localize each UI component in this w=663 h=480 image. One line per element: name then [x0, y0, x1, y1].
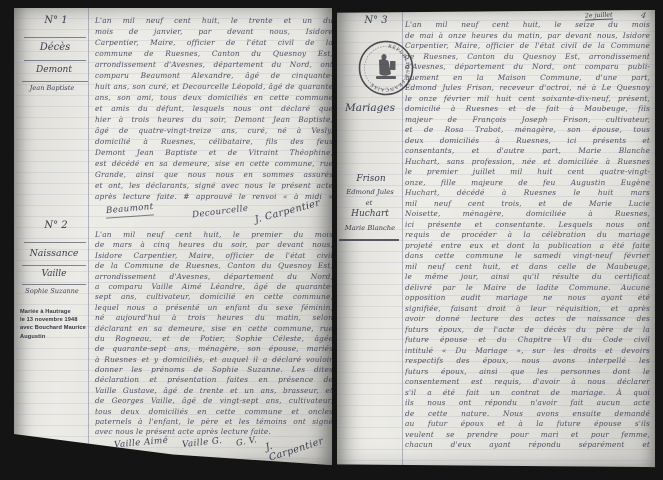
- manuscript-line: arrondissement d'Avesnes, département du…: [95, 272, 333, 282]
- manuscript-line: ans, son ami, tous deux domiciliés en ce…: [95, 92, 333, 103]
- manuscript-line: mil neuf cent huit, et dans celle de Mau…: [405, 262, 650, 273]
- act3-bride-name: Huchart: [341, 209, 399, 219]
- manuscript-line: respectifs des époux, nous avons interpe…: [405, 356, 650, 367]
- manuscript-line: s'il a été fait un contrat de mariage. À…: [405, 388, 650, 399]
- manuscript-line: Huchart, décédé à Ruesnes le huit mars: [405, 188, 650, 199]
- manuscript-line: consentants, et d'autre part, Marie Blan…: [405, 146, 650, 157]
- manuscript-line: onze, fille majeure de feu Augustin Eugè…: [405, 178, 650, 189]
- manuscript-line: ils nous ont répondu n'avoir fait aucun …: [405, 398, 650, 409]
- act1-name: Demont: [22, 65, 86, 75]
- manuscript-line: donner les prénoms de Sophie Suzanne. Le…: [95, 365, 333, 375]
- manuscript-line: Noisette, ménagère, domiciliée à Ruesnes…: [405, 209, 650, 220]
- manuscript-line: opposition audit mariage ne nous ayant é…: [405, 293, 650, 304]
- act2-signature-father: Vaille Aimé: [114, 436, 169, 451]
- civil-register-scan: N° 1 Décès Demont Jean Baptiste L'an mil…: [0, 0, 663, 480]
- manuscript-line: signifiée, faisant droit à leur réquisit…: [405, 304, 650, 315]
- manuscript-line: à Ruesnes et y domiciliés, et auquel il …: [95, 355, 333, 365]
- manuscript-line: du Rogneau, et de Potier, Sophie Céleste…: [95, 334, 333, 344]
- act2-signature-uncle1: Vaille G.: [182, 436, 223, 450]
- manuscript-line: a comparu Vaille Aimé Léandre, âgé de qu…: [95, 282, 333, 292]
- act1-signature-witness2: Decourcelle: [192, 204, 249, 221]
- act2-marriage-mention: Mariée à Hautragele 13 novembre 1948avec…: [20, 308, 92, 341]
- act2-name: Vaille: [24, 269, 84, 279]
- manuscript-line: déclaration et présentation faites en pr…: [95, 375, 333, 385]
- manuscript-line: futurs époux, de l'acte de décès du père…: [405, 325, 650, 336]
- manuscript-line: âgé de quatre-vingt-treize ans, curé, né…: [95, 125, 333, 136]
- manuscript-line: future épouse et du Chapitre VI du Code …: [405, 335, 650, 346]
- margin-underline: [22, 81, 88, 82]
- act1-number: N° 1: [28, 15, 84, 26]
- act3-groom-firstnames: Edmond Jules: [337, 188, 403, 196]
- manuscript-line: domicilié à Ruesnes, célibataire, fils d…: [95, 136, 333, 147]
- manuscript-line: L'an mil neuf cent huit, le premier du m…: [95, 230, 333, 240]
- act3-bride-firstnames: Marie Blanche: [337, 224, 403, 232]
- manuscript-line: quement en la Maison Commune, d'une part…: [405, 73, 650, 84]
- manuscript-line: Isidore Carpentier, Maire, officier de l…: [95, 251, 333, 261]
- manuscript-line: intitulé « Du Mariage », sur les droits …: [405, 346, 650, 357]
- act1-firstnames: Jean Baptiste: [16, 84, 88, 92]
- manuscript-line: veulent se prendre pour mari et pour fem…: [405, 430, 650, 441]
- manuscript-line: après lecture faite. # approuvé le renvo…: [95, 191, 333, 202]
- margin-underline: [22, 265, 86, 266]
- manuscript-line: consentement est requis, d'avoir à nous …: [405, 377, 650, 388]
- act2-category: Naissance: [20, 248, 88, 259]
- manuscript-line: huit ans, son curé, et Decourcelle Léopo…: [95, 81, 333, 92]
- act1-category: Décès: [26, 42, 84, 53]
- manuscript-line: arrondissement d'Avesnes, département du…: [95, 59, 333, 70]
- manuscript-line: Vaille Gustave, âgé de trente et un ans,…: [95, 386, 333, 396]
- manuscript-line: paternels à l'enfant, le père et les tém…: [95, 417, 333, 427]
- manuscript-line: de mars à cinq heures du soir, par devan…: [95, 240, 333, 250]
- corner-mark: 4: [640, 11, 647, 21]
- manuscript-line: né aujourd'hui à trois heures du matin, …: [95, 313, 333, 323]
- mention-line: avec Bouchard Maurice: [20, 324, 92, 332]
- manuscript-line: lequel nous a présenté un enfant du sexe…: [95, 303, 333, 313]
- manuscript-line: deux domiciliés à Ruesnes, ici présents …: [405, 136, 650, 147]
- manuscript-line: est décédé en sa demeure, sise en cette …: [95, 158, 333, 169]
- manuscript-line: tous deux domiciliés en cette commune et…: [95, 407, 333, 417]
- act2-number: N° 2: [28, 220, 84, 231]
- manuscript-line: de mai à onze heures du matin, par devan…: [405, 31, 650, 42]
- manuscript-line: hier à trois heures du soir, Demont Jean…: [95, 114, 333, 125]
- manuscript-line: le même jour, ainsi qu'il résulte du cer…: [405, 272, 650, 283]
- act1-body: L'an mil neuf cent huit, le trente et un…: [95, 15, 333, 202]
- manuscript-line: Edmond Jules Frison, receveur d'octroi, …: [405, 83, 650, 94]
- manuscript-line: chacun d'eux ayant répondu séparément et: [405, 440, 650, 451]
- mention-line: Augustin: [20, 333, 92, 341]
- manuscript-line: de Ruesnes, Canton du Quesnoy Est, arron…: [405, 52, 650, 63]
- manuscript-line: L'an mil neuf cent huit, le seize du moi…: [405, 20, 650, 31]
- manuscript-line: comparu Beaumont Alexandre, âgé de cinqu…: [95, 70, 333, 81]
- manuscript-line: délivré par le Maire de ladite Commune. …: [405, 283, 650, 294]
- mention-line: le 13 novembre 1948: [20, 316, 92, 324]
- margin-underline: [22, 284, 86, 285]
- manuscript-line: dans cette commune le samedi vingt-neuf …: [405, 251, 650, 262]
- manuscript-line: Demont Jean Baptiste et de Vitraint Théo…: [95, 147, 333, 158]
- manuscript-line: requis de procéder à la célébration du m…: [405, 230, 650, 241]
- manuscript-line: domicilié à Ruesnes et de fait à Maubeug…: [405, 104, 650, 115]
- manuscript-line: le onze février mil huit cent soixante-d…: [405, 94, 650, 105]
- manuscript-line: Carpentier, Maire, officier de l'état ci…: [405, 41, 650, 52]
- act3-number: N° 3: [351, 15, 401, 26]
- manuscript-line: futurs époux, ainsi que les personnes do…: [405, 367, 650, 378]
- manuscript-line: et amis du défunt, lesquels nous ont déc…: [95, 103, 333, 114]
- manuscript-line: mois de janvier, par devant nous, Isidor…: [95, 26, 333, 37]
- margin-rule: [88, 8, 89, 466]
- manuscript-line: ici présente et consentante. Lesquels no…: [405, 220, 650, 231]
- manuscript-line: de Georges Vaille, âgé de vingt-sept ans…: [95, 396, 333, 406]
- manuscript-line: et de Rosa Trabot, ménagère, son épouse,…: [405, 125, 650, 136]
- act3-body: L'an mil neuf cent huit, le seize du moi…: [405, 20, 650, 451]
- manuscript-line: majeur de François Joseph Frison, cultiv…: [405, 115, 650, 126]
- manuscript-line: de la Commune de Ruesnes, Canton du Ques…: [95, 261, 333, 271]
- margin-underline: [24, 242, 86, 243]
- manuscript-line: et ont, les déclarants, signé avec nous …: [95, 180, 333, 191]
- manuscript-line: L'an mil neuf cent huit, le trente et un…: [95, 15, 333, 26]
- act3-groom-name: Frison: [345, 174, 397, 184]
- register-page-right: 4 N° 3 RÉPUBLIQUE FRANÇAISE Mariages F: [337, 10, 655, 468]
- manuscript-line: sept ans, cultivateur, domicilié en cett…: [95, 292, 333, 302]
- register-page-left: N° 1 Décès Demont Jean Baptiste L'an mil…: [14, 8, 332, 466]
- manuscript-line: de cette nature. Nous avons ensuite dema…: [405, 409, 650, 420]
- marianne-figure-icon: [376, 54, 396, 79]
- manuscript-line: Grande, ainsi que nous nous en sommes as…: [95, 169, 333, 180]
- margin-underline: [339, 239, 399, 241]
- act3-category: Mariages: [337, 102, 403, 114]
- manuscript-line: mil neuf cent trois, et de Marie Lucie: [405, 199, 650, 210]
- manuscript-line: avoir donné lecture des actes de naissan…: [405, 314, 650, 325]
- act2-signature-uncle2: G. V.: [235, 434, 257, 447]
- act2-firstnames: Sophie Suzanne: [14, 287, 90, 295]
- manuscript-line: déclarant en sa demeure, sise en cette c…: [95, 324, 333, 334]
- act3-conjunction: et: [359, 199, 379, 207]
- manuscript-line: Carpentier, Maire, officier de l'état ci…: [95, 37, 333, 48]
- manuscript-line: Huchart, sans profession, née et domicil…: [405, 157, 650, 168]
- margin-underline: [24, 37, 86, 38]
- manuscript-line: de quarante-sept ans, ménagère, son épou…: [95, 344, 333, 354]
- manuscript-line: d'Avesnes, département du Nord, ont comp…: [405, 62, 650, 73]
- manuscript-line: au futur époux et à la future épouse s'i…: [405, 419, 650, 430]
- mention-line: Mariée à Hautrage: [20, 308, 92, 316]
- manuscript-line: projeté entre eux et dont la publication…: [405, 241, 650, 252]
- manuscript-line: commune de Ruesnes, Canton du Quesnoy Es…: [95, 48, 333, 59]
- margin-underline: [24, 60, 86, 61]
- manuscript-line: le premier juillet mil huit cent quatre-…: [405, 167, 650, 178]
- act2-body: L'an mil neuf cent huit, le premier du m…: [95, 230, 333, 438]
